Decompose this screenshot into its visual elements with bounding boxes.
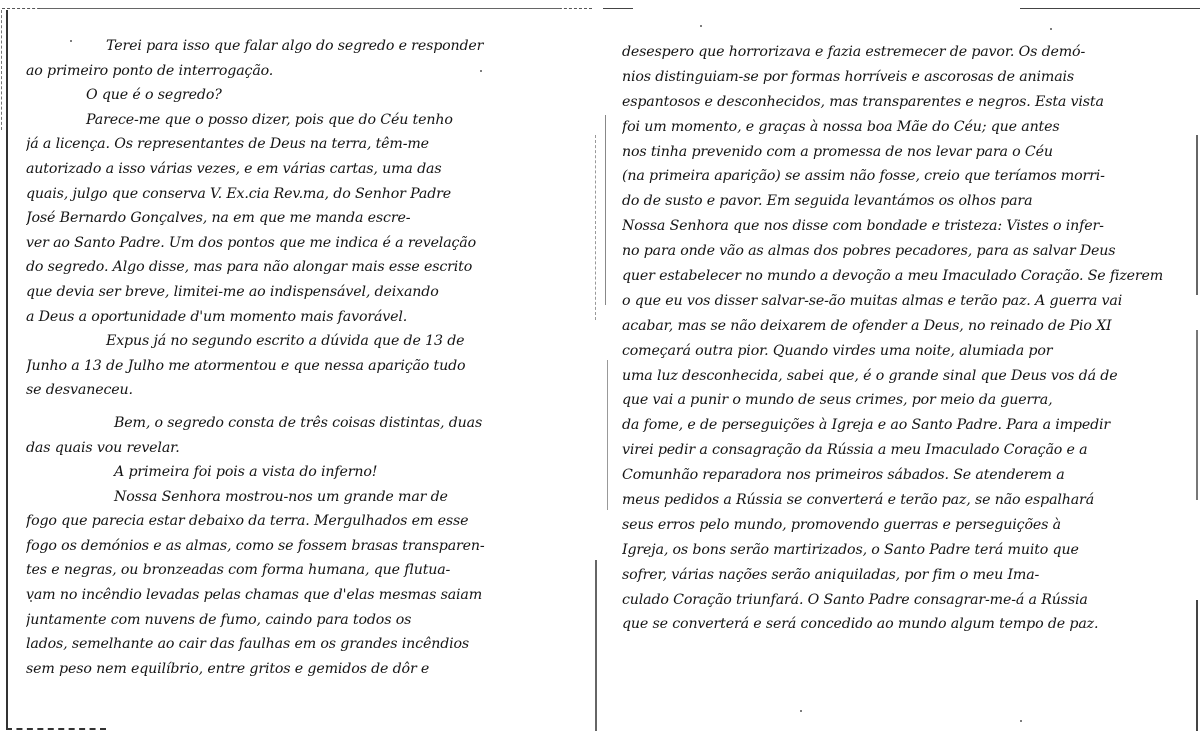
manuscript-line: Parece-me que o posso dizer, pois que do… [26,108,576,133]
manuscript-line: do de susto e pavor. Em seguida levantám… [622,189,1182,214]
manuscript-line: Nossa Senhora mostrou-nos um grande mar … [26,485,576,510]
manuscript-line: se desvaneceu. [26,378,576,403]
right-manuscript-page: desespero que horrorizava e fazia estrem… [600,0,1200,731]
manuscript-line: Expus já no segundo escrito a dúvida que… [26,329,576,354]
manuscript-line: Igreja, os bons serão martirizados, o Sa… [622,538,1182,563]
scan-border-bottom [6,728,106,730]
manuscript-line: no para onde vão as almas dos pobres pec… [622,239,1182,264]
manuscript-line: Comunhão reparadora nos primeiros sábado… [622,463,1182,488]
manuscript-line: ver ao Santo Padre. Um dos pontos que me… [26,231,576,256]
manuscript-line: que vai a punir o mundo de seus crimes, … [622,388,1182,413]
scan-speck [30,600,32,602]
manuscript-line: autorizado a isso várias vezes, e em vár… [26,157,576,182]
scan-border-right [1196,135,1198,295]
manuscript-line: o que eu vos disser salvar-se-ão muitas … [622,289,1182,314]
scan-speck [1050,28,1052,30]
manuscript-line: meus pedidos a Rússia se converterá e te… [622,488,1182,513]
manuscript-line: das quais vou revelar. [26,436,576,461]
manuscript-line: foi um momento, e graças à nossa boa Mãe… [622,115,1182,140]
manuscript-line: da fome, e de perseguições à Igreja e ao… [622,413,1182,438]
manuscript-line: já a licença. Os representantes de Deus … [26,132,576,157]
scan-speck [70,40,72,42]
manuscript-line: nos tinha prevenido com a promessa de no… [622,140,1182,165]
manuscript-line: (na primeira aparição) se assim não foss… [622,164,1182,189]
left-manuscript-page: Terei para isso que falar algo do segred… [0,0,600,731]
manuscript-line: quer estabelecer no mundo a devoção a me… [622,264,1182,289]
manuscript-line: a Deus a oportunidade d'um momento mais … [26,305,576,330]
manuscript-line: fogo os demónios e as almas, como se fos… [26,534,576,559]
paragraph-spacer [26,403,576,411]
manuscript-line: vam no incêndio levadas pelas chamas que… [26,583,576,608]
manuscript-line: lados, semelhante ao cair das faulhas em… [26,632,576,657]
scan-speck [480,70,482,72]
left-page-text: Terei para isso que falar algo do segred… [26,34,576,681]
manuscript-line: Bem, o segredo consta de três coisas dis… [26,411,576,436]
manuscript-line: que devia ser breve, limitei-me ao indis… [26,280,576,305]
manuscript-line: acabar, mas se não deixarem de ofender a… [622,314,1182,339]
scan-speck [800,710,802,712]
manuscript-heading: A primeira foi pois a vista do inferno! [26,460,576,485]
manuscript-line: desespero que horrorizava e fazia estrem… [622,40,1182,65]
scan-speck [700,25,702,27]
manuscript-line: sofrer, várias nações serão aniquiladas,… [622,563,1182,588]
scan-border-right [1196,600,1198,731]
manuscript-line: espantosos e desconhecidos, mas transpar… [622,90,1182,115]
manuscript-line: do segredo. Algo disse, mas para não alo… [26,255,576,280]
page-gutter-line [595,135,596,320]
scan-speck [1020,720,1022,722]
manuscript-line: culado Coração triunfará. O Santo Padre … [622,588,1182,613]
scan-border-left [6,10,8,730]
manuscript-heading: O que é o segredo? [26,83,576,108]
manuscript-line: quais, julgo que conserva V. Ex.cia Rev.… [26,182,576,207]
scan-border-top-right [1020,8,1200,9]
manuscript-line: Nossa Senhora que nos disse com bondade … [622,214,1182,239]
manuscript-line: uma luz desconhecida, sabei que, é o gra… [622,364,1182,389]
manuscript-line: Terei para isso que falar algo do segred… [26,34,576,59]
manuscript-line: fogo que parecia estar debaixo da terra.… [26,509,576,534]
scan-border-left-dashed [1,10,2,130]
manuscript-line: Junho a 13 de Julho me atormentou e que … [26,354,576,379]
manuscript-line: José Bernardo Gonçalves, na em que me ma… [26,206,576,231]
manuscript-line: nios distinguiam-se por formas horríveis… [622,65,1182,90]
scan-border-top-right [603,8,633,9]
manuscript-line: virei pedir a consagração da Rússia a me… [622,438,1182,463]
scan-border-right [1196,330,1198,500]
page-gutter-line [595,560,597,731]
manuscript-line: seus erros pelo mundo, promovendo guerra… [622,513,1182,538]
manuscript-line: começará outra pior. Quando virdes uma n… [622,339,1182,364]
right-page-text: desespero que horrorizava e fazia estrem… [622,40,1182,637]
manuscript-line: juntamente com nuvens de fumo, caindo pa… [26,608,576,633]
manuscript-line: sem peso nem equilíbrio, entre gritos e … [26,657,576,682]
manuscript-line: que se converterá e será concedido ao mu… [622,612,1182,637]
manuscript-line: tes e negras, ou bronzeadas com forma hu… [26,558,576,583]
manuscript-line: ao primeiro ponto de interrogação. [26,59,576,84]
scan-border-top-line [40,8,560,9]
